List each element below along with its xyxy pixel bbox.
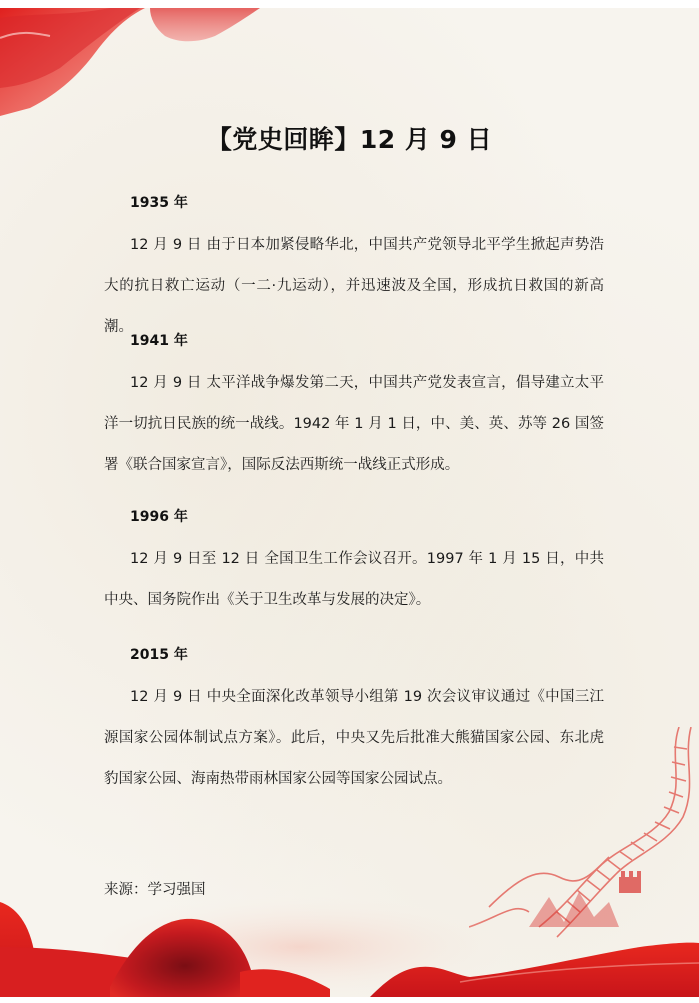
- document-page: 【党史回眸】12 月 9 日 1935 年 12 月 9 日 由于日本加紧侵略华…: [0, 8, 699, 997]
- entry-year: 1996 年: [130, 506, 188, 526]
- page-title: 【党史回眸】12 月 9 日: [0, 120, 699, 156]
- entry-text: 12 月 9 日 中央全面深化改革领导小组第 19 次会议审议通过《中国三江源国…: [104, 677, 604, 800]
- entry-year: 1935 年: [130, 192, 188, 212]
- entry-text: 12 月 9 日至 12 日 全国卫生工作会议召开。1997 年 1 月 15 …: [104, 539, 604, 621]
- entry-year: 1941 年: [130, 330, 188, 350]
- entry-year: 2015 年: [130, 644, 188, 664]
- entry-text: 12 月 9 日 太平洋战争爆发第二天，中国共产党发表宣言，倡导建立太平洋一切抗…: [104, 363, 604, 486]
- red-ribbon-top-decoration: [0, 8, 300, 118]
- source-attribution: 来源：学习强国: [104, 878, 206, 899]
